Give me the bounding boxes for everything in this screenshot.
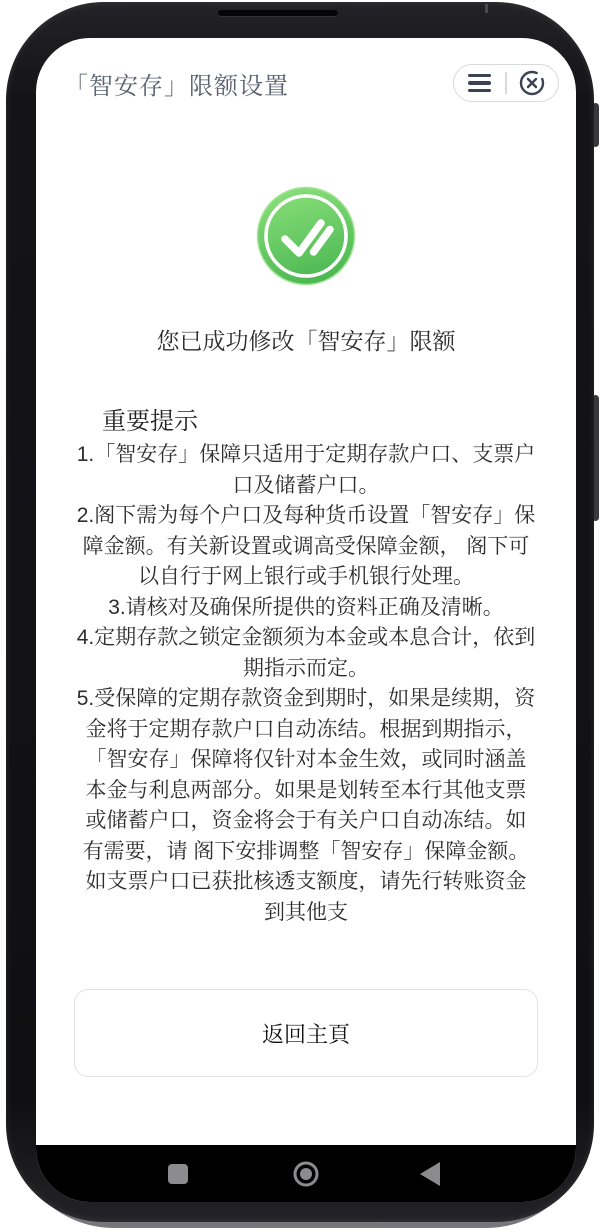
notice-item: 5.受保障的定期存款资金到期时，如果是续期，资金将于定期存款户口自动冻结。根据到…: [76, 684, 536, 928]
return-home-button[interactable]: 返回主頁: [74, 989, 538, 1077]
page-title: 「智安存」限额设置: [64, 66, 289, 101]
notice-item: 4.定期存款之锁定金额须为本金或本息合计，依到期指示而定。: [76, 623, 536, 684]
back-button[interactable]: [400, 1145, 460, 1202]
success-double-check-icon: [256, 186, 356, 286]
menu-button[interactable]: [454, 65, 505, 101]
notice-item: 2.阁下需为每个户口及每种货币设置「智安存」保障金额。有关新设置或调高受保障金额…: [76, 501, 536, 593]
menu-icon: [468, 74, 491, 92]
recents-square-icon: [168, 1164, 188, 1184]
phone-screen: 「智安存」限额设置: [36, 38, 576, 1202]
home-circle-icon: [292, 1160, 320, 1188]
home-button[interactable]: [276, 1145, 336, 1202]
earpiece-speaker: [218, 10, 338, 16]
notice-item: 3.请核对及确保所提供的资料正确及清晰。: [76, 593, 536, 624]
phone-frame: 「智安存」限额设置: [6, 2, 594, 1222]
miniapp-capsule: [453, 64, 559, 102]
recents-button[interactable]: [148, 1145, 208, 1202]
notice-item: 1.「智安存」保障只适用于定期存款户口、支票户口及储蓄户口。: [76, 440, 536, 501]
antenna-line: [485, 4, 488, 13]
android-nav-bar: [36, 1145, 576, 1202]
back-triangle-icon: [418, 1161, 442, 1187]
notice-list: 1.「智安存」保障只适用于定期存款户口、支票户口及储蓄户口。 2.阁下需为每个户…: [76, 440, 536, 960]
close-button[interactable]: [507, 65, 558, 101]
success-message: 您已成功修改「智安存」限额: [36, 323, 576, 356]
close-circle-icon: [518, 69, 546, 97]
notice-heading: 重要提示: [102, 401, 198, 436]
